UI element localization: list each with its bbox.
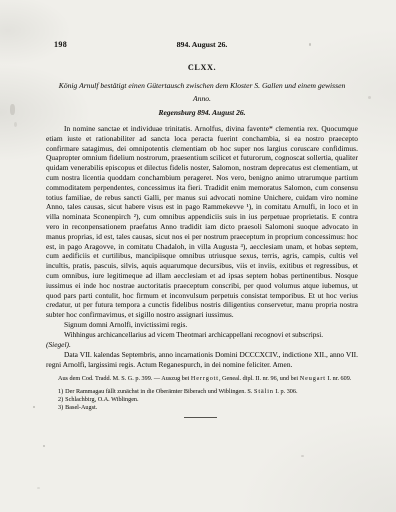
scan-speck bbox=[33, 406, 35, 408]
source-note: Aus dem Cod. Tradd. M. S. G. p. 399. — A… bbox=[46, 375, 358, 384]
end-of-entry-divider bbox=[184, 417, 217, 418]
footnote-marker: 3) bbox=[58, 404, 63, 411]
footnote-marker: 1) bbox=[58, 388, 63, 395]
footnote-text: Der Rammagau fällt zunächst in die Oberä… bbox=[65, 388, 254, 395]
scan-speck bbox=[368, 96, 371, 99]
source-author-neugart: Neugart bbox=[300, 375, 326, 382]
scan-speck bbox=[352, 188, 354, 190]
scan-speck bbox=[43, 445, 45, 447]
charter-title: König Arnulf bestätigt einen Gütertausch… bbox=[56, 79, 348, 105]
running-header-date: 894. August 26. bbox=[46, 40, 358, 49]
page-header: 198 894. August 26. bbox=[46, 40, 358, 52]
seal-note: (Siegel). bbox=[46, 340, 358, 350]
source-note-text: , Geneal. dipl. II. nr. 96, und bei bbox=[219, 375, 300, 382]
footnote-1: 1)Der Rammagau fällt zunächst in die Obe… bbox=[46, 388, 358, 396]
footnote-2: 2)Schlachbirg, O.A. Wiblingen. bbox=[46, 396, 358, 404]
signum-line: Signum domni Arnolfi, invictissimi regis… bbox=[46, 320, 358, 330]
scan-speck bbox=[10, 104, 15, 115]
dating-clause: Data VII. kalendas Septembris, anno inca… bbox=[46, 350, 358, 370]
chancellor-recognition-line: Wihhingus archicancellarius ad vicem The… bbox=[46, 330, 358, 340]
scan-speck bbox=[14, 122, 17, 127]
charter-number: CLXX. bbox=[46, 63, 358, 72]
charter-body-text: In nomine sanctae et individuae trinitat… bbox=[46, 124, 358, 320]
footnote-author-staelin: Stälin bbox=[254, 388, 274, 395]
source-author-herrgott: Herrgott bbox=[191, 375, 219, 382]
footnotes-block: 1)Der Rammagau fällt zunächst in die Obe… bbox=[46, 388, 358, 413]
place-date-line: Regensburg 894. August 26. bbox=[46, 108, 358, 117]
footnote-3: 3)Basel-Augst. bbox=[46, 404, 358, 412]
scan-speck bbox=[301, 455, 304, 457]
footnote-text: I. p. 306. bbox=[274, 388, 298, 395]
footnote-text: Basel-Augst. bbox=[65, 404, 97, 411]
footnote-marker: 2) bbox=[58, 396, 63, 403]
source-note-text: I. nr. 609. bbox=[326, 375, 351, 382]
scan-speck bbox=[309, 43, 311, 46]
page-number: 198 bbox=[54, 40, 67, 49]
scanned-book-page: 198 894. August 26. CLXX. König Arnulf b… bbox=[0, 0, 396, 512]
source-note-text: Aus dem Cod. Tradd. M. S. G. p. 399. — A… bbox=[58, 375, 191, 382]
footnote-text: Schlachbirg, O.A. Wiblingen. bbox=[65, 396, 138, 403]
scan-speck bbox=[37, 487, 40, 489]
